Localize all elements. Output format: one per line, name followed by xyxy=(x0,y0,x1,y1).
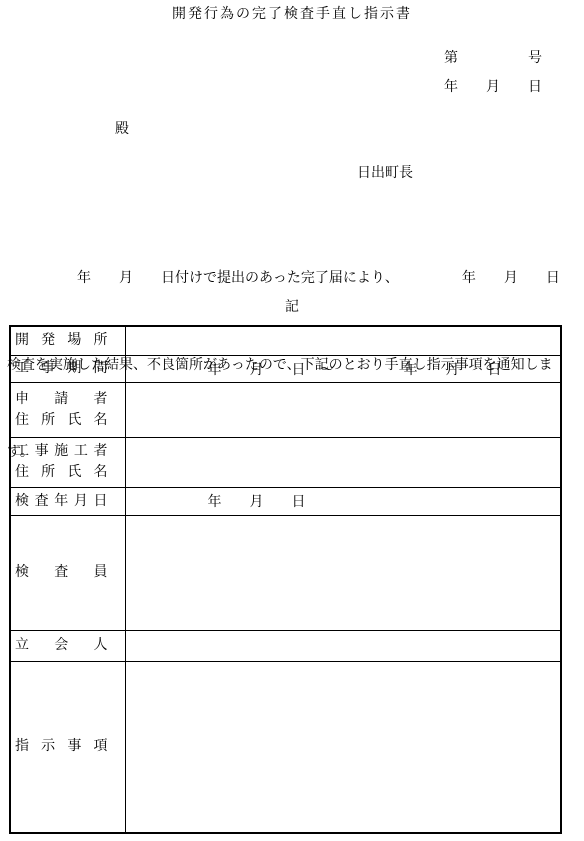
record-heading: 記 xyxy=(0,296,584,316)
document-page: 開発行為の完了検査手直し指示書 第 号 年 月 日 殿 日出町長 年 月 日付け… xyxy=(0,0,584,841)
row-value xyxy=(125,661,561,833)
row-label: 工事施工者 住所氏名 xyxy=(10,437,125,487)
row-value xyxy=(125,326,561,355)
row-value: 年 月 日 xyxy=(125,487,561,515)
doc-date-line: 年 月 日 xyxy=(444,76,542,96)
body-line: 年 月 日付けで提出のあった完了届により、 年 月 日 xyxy=(7,264,577,293)
row-value: 年 月 日 ～ 年 月 日 xyxy=(125,355,561,382)
table-row-development-site: 開発場所 xyxy=(10,326,561,355)
row-value xyxy=(125,515,561,630)
table-row-inspection-date: 検査年月日 年 月 日 xyxy=(10,487,561,515)
row-label: 立会人 xyxy=(10,630,125,661)
row-label: 工事期間 xyxy=(10,355,125,382)
inspection-table: 開発場所 工事期間 年 月 日 ～ 年 月 日 申請者 住所氏名 xyxy=(9,325,562,834)
table-row-witness: 立会人 xyxy=(10,630,561,661)
row-label: 検査年月日 xyxy=(10,487,125,515)
row-value xyxy=(125,630,561,661)
row-label: 検査員 xyxy=(10,515,125,630)
document-title: 開発行為の完了検査手直し指示書 xyxy=(0,3,584,23)
row-label: 開発場所 xyxy=(10,326,125,355)
table-row-instructions: 指示事項 xyxy=(10,661,561,833)
sender-name: 日出町長 xyxy=(357,162,413,182)
table-row-inspector: 検査員 xyxy=(10,515,561,630)
table-row-construction-period: 工事期間 年 月 日 ～ 年 月 日 xyxy=(10,355,561,382)
doc-number-line: 第 号 xyxy=(444,47,542,67)
row-value xyxy=(125,437,561,487)
row-value xyxy=(125,382,561,437)
table-row-applicant: 申請者 住所氏名 xyxy=(10,382,561,437)
row-label: 申請者 住所氏名 xyxy=(10,382,125,437)
row-label: 指示事項 xyxy=(10,661,125,833)
addressee-dono: 殿 xyxy=(115,118,129,138)
table-row-contractor: 工事施工者 住所氏名 xyxy=(10,437,561,487)
